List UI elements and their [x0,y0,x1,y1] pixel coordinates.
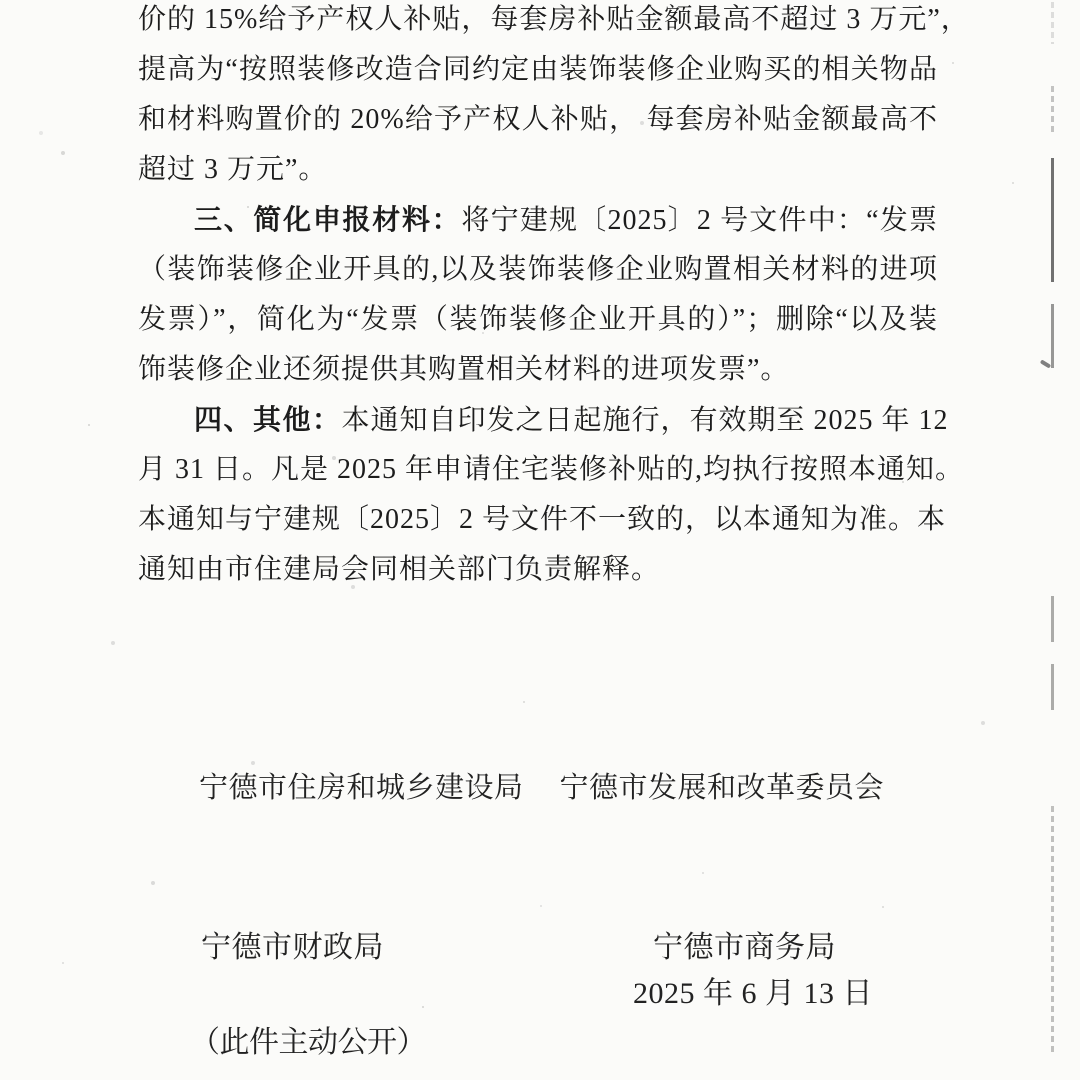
body-line-text: 饰装修企业还须提供其购置相关材料的进项发票”。 [138,354,789,385]
scan-edge-streak [1051,304,1054,368]
scan-edge-streak [1051,86,1054,132]
body-line-text: 发票）”，简化为“发票（装饰装修企业开具的）”；删除“以及装 [138,304,938,335]
body-line-text: 和材料购置价的 20%给予产权人补贴， 每套房补贴金额最高不 [138,104,938,135]
scan-edge-streak [1051,664,1054,710]
signature-row-1: 宁德市住房和城乡建设局宁德市发展和改革委员会 [199,772,884,805]
issue-date: 2025 年 6 月 13 日 [633,977,873,1012]
body-line: 和材料购置价的 20%给予产权人补贴， 每套房补贴金额最高不 [138,95,938,145]
section-heading-4: 四、其他： [194,404,342,435]
body-line: 通知由市住建局会同相关部门负责解释。 [138,545,938,595]
section-heading-3: 三、简化申报材料： [194,204,461,235]
body-line-text: 通知由市住建局会同相关部门负责解释。 [138,554,660,585]
scan-edge-streak [1051,806,1054,1052]
body-line-text: 价的 15%给予产权人补贴，每套房补贴金额最高不超过 3 万元”， [138,4,970,35]
body-line-text: 超过 3 万元”。 [138,154,327,185]
body-line-text: 本通知自印发之日起施行，有效期至 2025 年 12 [342,405,949,436]
disclosure-note: （此件主动公开） [190,1026,426,1061]
body-line: 超过 3 万元”。 [138,145,938,195]
body-line-text: 提高为“按照装修改造合同约定由装饰装修企业购买的相关物品 [138,54,938,85]
body-line: 发票）”，简化为“发票（装饰装修企业开具的）”；删除“以及装 [138,295,938,345]
signing-org-housing-bureau: 宁德市住房和城乡建设局 [199,772,524,804]
body-line-text: 本通知与宁建规〔2025〕2 号文件不一致的，以本通知为准。本 [138,504,946,535]
body-line: 三、简化申报材料：将宁建规〔2025〕2 号文件中：“发票 [138,195,938,245]
body-line-text: 月 31 日。凡是 2025 年申请住宅装修补贴的,均执行按照本通知。 [138,454,964,485]
body-line: （装饰装修企业开具的,以及装饰装修企业购置相关材料的进项 [138,245,938,295]
document-body: 价的 15%给予产权人补贴，每套房补贴金额最高不超过 3 万元”， 提高为“按照… [138,0,938,595]
body-line-text: 将宁建规〔2025〕2 号文件中：“发票 [461,205,938,236]
signing-org-commerce-bureau: 宁德市商务局 [653,931,836,966]
body-line: 本通知与宁建规〔2025〕2 号文件不一致的，以本通知为准。本 [138,495,938,545]
body-line: 月 31 日。凡是 2025 年申请住宅装修补贴的,均执行按照本通知。 [138,445,938,495]
body-line: 价的 15%给予产权人补贴，每套房补贴金额最高不超过 3 万元”， [138,0,938,45]
body-line: 四、其他：本通知自印发之日起施行，有效期至 2025 年 12 [138,395,938,445]
body-line: 提高为“按照装修改造合同约定由装饰装修企业购买的相关物品 [138,45,938,95]
signing-org-finance-bureau: 宁德市财政局 [201,931,384,966]
scan-edge-streak [1051,158,1054,282]
scan-noise-speckles [0,0,2,2]
body-line-text: （装饰装修企业开具的,以及装饰装修企业购置相关材料的进项 [138,254,938,285]
scan-edge-streak [1051,596,1054,642]
scanned-document-page: 价的 15%给予产权人补贴，每套房补贴金额最高不超过 3 万元”， 提高为“按照… [0,0,1080,1080]
signing-org-development-reform: 宁德市发展和改革委员会 [560,772,885,804]
scan-edge-streak [1051,2,1054,44]
body-line: 饰装修企业还须提供其购置相关材料的进项发票”。 [138,345,938,395]
scan-ink-mark [1040,359,1051,368]
